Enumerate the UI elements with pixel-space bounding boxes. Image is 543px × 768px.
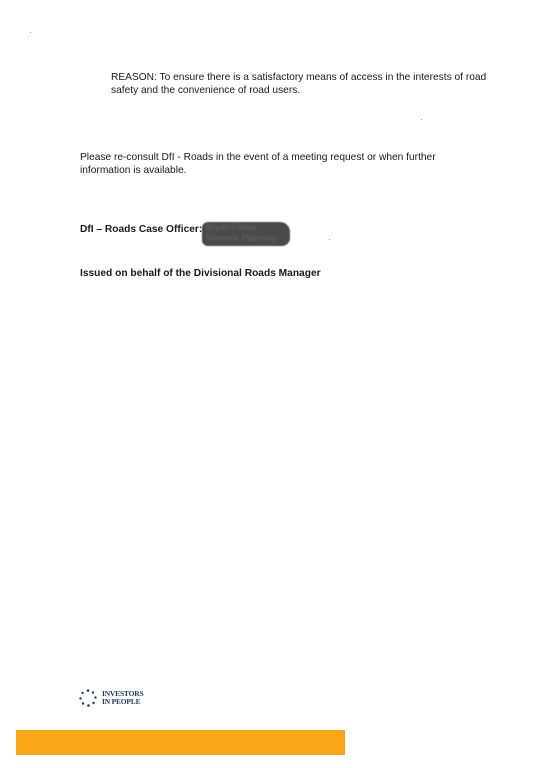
case-officer-name: Bryan Finlay bbox=[202, 222, 290, 233]
scan-speck bbox=[421, 119, 422, 120]
investors-in-people-logo: INVESTORS IN PEOPLE bbox=[78, 688, 143, 708]
case-officer-unit: Network Planning bbox=[202, 233, 290, 244]
logo-line-2: IN PEOPLE bbox=[102, 698, 143, 706]
footer-orange-bar bbox=[16, 730, 345, 755]
scan-speck bbox=[30, 32, 31, 33]
issued-on-behalf-text: Issued on behalf of the Divisional Roads… bbox=[80, 268, 321, 281]
reason-paragraph: REASON: To ensure there is a satisfactor… bbox=[111, 72, 491, 97]
case-officer-label: DfI – Roads Case Officer: bbox=[80, 224, 202, 237]
redacted-officer-details: Bryan Finlay Network Planning bbox=[202, 222, 290, 246]
investors-in-people-ring-icon bbox=[78, 688, 98, 708]
scan-speck bbox=[329, 239, 330, 240]
reconsult-paragraph: Please re-consult DfI - Roads in the eve… bbox=[80, 152, 460, 177]
